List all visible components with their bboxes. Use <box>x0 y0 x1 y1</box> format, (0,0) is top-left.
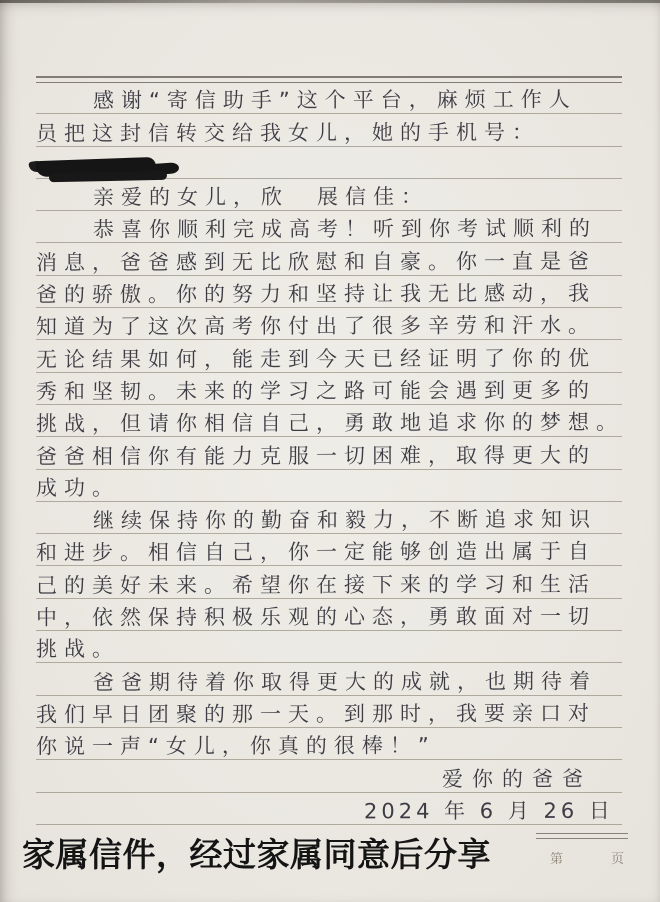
letter-line-14: 继续保持你的勤奋和毅力，不断追求知识 <box>36 502 622 534</box>
letter-line-text: 成功。 <box>36 476 120 501</box>
letter-line-text: 爸爸相信你有能力克服一切困难，取得更大的 <box>36 443 596 469</box>
letter-line-text: 己的美好未来。希望你在接下来的学习和生活 <box>36 572 596 598</box>
redacted-phone-row <box>36 147 622 179</box>
letter-line-text: 爸爸期待着你取得更大的成就，也期待着 <box>93 669 597 695</box>
letter-line-text: 员把这封信转交给我女儿，她的手机号： <box>36 120 540 146</box>
letter-line-2: 员把这封信转交给我女儿，她的手机号： <box>36 114 622 146</box>
letter-line-9: 无论结果如何，能走到今天已经证明了你的优 <box>36 340 622 372</box>
share-caption: 家属信件，经过家属同意后分享 <box>22 829 491 876</box>
letter-line-text: 亲爱的女儿，欣 展信佳： <box>93 185 429 211</box>
signature-text: 爱你的爸爸 <box>442 766 622 791</box>
letter-line-text: 挑战。 <box>36 637 120 662</box>
letter-line-12: 爸爸相信你有能力克服一切困难，取得更大的 <box>36 437 622 469</box>
letter-line-17: 中，依然保持积极乐观的心态，勇敢面对一切 <box>36 599 622 631</box>
letter-greeting-line: 亲爱的女儿，欣 展信佳： <box>36 179 622 211</box>
stationery-footer: 第 页 <box>536 833 628 867</box>
letter-line-16: 己的美好未来。希望你在接下来的学习和生活 <box>36 566 622 598</box>
scan-edge <box>0 0 660 3</box>
letter-line-text: 和进步。相信自己，你一定能够创造出属于自 <box>36 540 596 566</box>
letter-line-text: 你说一声“女儿，你真的很棒！” <box>36 734 436 760</box>
letter-line-20: 我们早日团聚的那一天。到那时，我要亲口对 <box>36 696 622 728</box>
letter-line-text: 我们早日团聚的那一天。到那时，我要亲口对 <box>36 701 596 727</box>
letter-line-11: 挑战，但请你相信自己，勇敢地追求你的梦想。 <box>36 405 622 437</box>
letter-line-text: 知道为了这次高考你付出了很多辛劳和汗水。 <box>36 314 596 340</box>
letter-page: 感谢“寄信助手”这个平台，麻烦工作人 员把这封信转交给我女儿，她的手机号： 亲爱… <box>0 0 660 902</box>
letter-line-text: 消息，爸爸感到无比欣慰和自豪。你一直是爸 <box>36 249 596 275</box>
signature-line: 爱你的爸爸 <box>36 760 622 792</box>
letter-line-10: 秀和坚韧。未来的学习之路可能会遇到更多的 <box>36 373 622 405</box>
page-number-labels: 第 页 <box>536 848 628 867</box>
letter-line-19: 爸爸期待着你取得更大的成就，也期待着 <box>36 663 622 695</box>
letter-line-text: 挑战，但请你相信自己，勇敢地追求你的梦想。 <box>36 410 624 437</box>
letter-line-text: 继续保持你的勤奋和毅力，不断追求知识 <box>93 507 597 533</box>
letter-line-1: 感谢“寄信助手”这个平台，麻烦工作人 <box>36 82 622 114</box>
letter-line-8: 知道为了这次高考你付出了很多辛劳和汗水。 <box>36 308 622 340</box>
letter-line-21: 你说一声“女儿，你真的很棒！” <box>36 728 622 760</box>
page-number-suffix: 页 <box>611 848 624 867</box>
page-number-prefix: 第 <box>550 848 563 867</box>
letter-line-text: 无论结果如何，能走到今天已经证明了你的优 <box>36 346 596 372</box>
letter-line-13: 成功。 <box>36 470 622 502</box>
letter-line-text: 秀和坚韧。未来的学习之路可能会遇到更多的 <box>36 378 596 404</box>
letter-line-7: 爸的骄傲。你的努力和坚持让我无比感动，我 <box>36 276 622 308</box>
letter-line-text: 中，依然保持积极乐观的心态，勇敢面对一切 <box>36 604 596 630</box>
letter-line-6: 消息，爸爸感到无比欣慰和自豪。你一直是爸 <box>36 243 622 275</box>
date-line: 2024 年 6 月 26 日 <box>36 793 622 825</box>
letter-line-5: 恭喜你顺利完成高考！听到你考试顺利的 <box>36 211 622 243</box>
page-number-line <box>536 833 628 839</box>
letter-line-text: 爸的骄傲。你的努力和坚持让我无比感动，我 <box>36 281 596 307</box>
letter-line-18: 挑战。 <box>36 631 622 663</box>
letter-line-15: 和进步。相信自己，你一定能够创造出属于自 <box>36 534 622 566</box>
letter-line-text: 恭喜你顺利完成高考！听到你考试顺利的 <box>93 217 597 243</box>
letter-line-text: 感谢“寄信助手”这个平台，麻烦工作人 <box>93 88 577 114</box>
letter-body: 感谢“寄信助手”这个平台，麻烦工作人 员把这封信转交给我女儿，她的手机号： 亲爱… <box>36 82 622 825</box>
date-text: 2024 年 6 月 26 日 <box>364 798 622 824</box>
